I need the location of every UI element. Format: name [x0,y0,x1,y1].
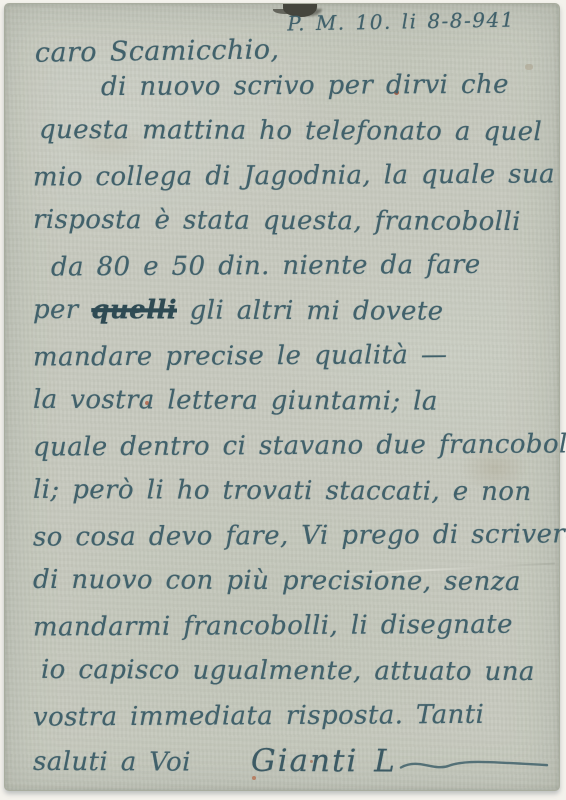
letter-text: per [33,295,91,325]
letter-line: risposta è stata questa, francobolli [33,198,543,245]
letter-line: so cosa devo fare, Vi prego di scrivere [33,512,543,560]
letter-line: mandarmi francobolli, li disegnate [33,602,543,650]
signature-flourish [399,759,549,772]
letter-text: questa mattina ho telefonato a quel [39,115,542,147]
letter-line: la vostra lettera giuntami; la [33,378,543,425]
letter-line: questa mattina ho telefonato a quel [33,108,543,155]
letter-text: di nuovo con più precisione, senza [33,565,521,597]
letter-line: di nuovo scrivo per dirvi che [33,62,543,110]
letter-text: di nuovo scrivo per dirvi che [101,70,509,102]
scan-background: P. M. 10. li 8-8-941 caro Scamicchio, di… [0,0,566,800]
letter-text: quale dentro ci stavano due francobol- [33,429,566,462]
letter-text: risposta è stata questa, francobolli [33,205,521,237]
letter-line: mandare precise le qualità — [33,332,543,380]
letter-line: io capisco ugualmente, attuato una [33,648,543,695]
letter-text: so cosa devo fare, Vi prego di scrivere [33,519,566,552]
letter-text: vostra immediata risposta. Tanti [33,700,485,733]
letter-text: mandare precise le qualità — [33,340,448,373]
letter-line: quale dentro ci stavano due francobol- [33,422,543,470]
letter-text: mandarmi francobolli, li disegnate [33,610,513,643]
letter-line: li; però li ho trovati staccati, e non [33,468,543,515]
letter-line: per quelli gli altri mi dovete [33,288,543,335]
letter-text: saluti a Voi [33,747,191,778]
postcard: P. M. 10. li 8-8-941 caro Scamicchio, di… [4,3,560,791]
letter-line: da 80 e 50 din. niente da fare [33,242,543,290]
letter-text: io capisco ugualmente, attuato una [41,655,535,687]
letter-text: la vostra lettera giuntami; la [33,385,438,417]
letter-line: mio collega di Jagodnia, la quale sua [33,152,543,200]
letter-line: vostra immediata risposta. Tanti [33,692,543,740]
signature: Gianti L [251,743,397,780]
letter-text: gli altri mi dovete [177,296,444,327]
letter-line: di nuovo con più precisione, senza [33,558,543,605]
letter-body: di nuovo scrivo per dirvi chequesta matt… [33,64,543,790]
letter-text: mio collega di Jagodnia, la quale sua [33,159,555,192]
struck-word: quelli [91,295,177,325]
letter-text: da 80 e 50 din. niente da fare [51,250,481,283]
letter-line: saluti a VoiGianti L [33,738,543,787]
letter-text: li; però li ho trovati staccati, e non [33,475,532,507]
